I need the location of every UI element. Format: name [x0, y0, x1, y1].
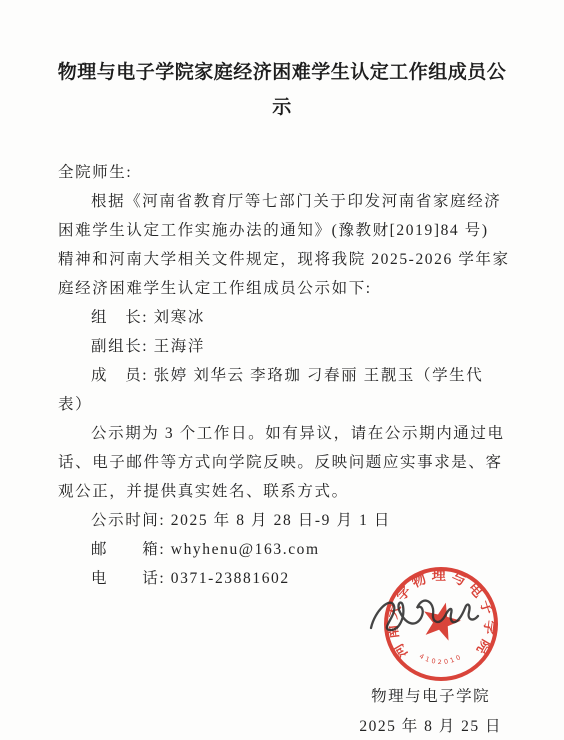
- body-text-line: 庭经济困难学生认定工作组成员公示如下:: [58, 274, 522, 303]
- seal-code-number: 4102010: [418, 652, 464, 666]
- title-line-1: 物理与电子学院家庭经济困难学生认定工作组成员公: [0, 55, 564, 90]
- signature-date: 2025 年 8 月 25 日: [359, 712, 502, 740]
- document-title: 物理与电子学院家庭经济困难学生认定工作组成员公 示: [0, 0, 564, 125]
- body-text-line: 组 长: 刘寒冰: [58, 303, 522, 332]
- body-text-line: 根据《河南省教育厅等七部门关于印发河南省家庭经济: [58, 187, 522, 216]
- body-text-line: 表）: [58, 390, 522, 419]
- body-text-line: 公示时间: 2025 年 8 月 28 日-9 月 1 日: [58, 506, 522, 535]
- document-body: 全院师生: 根据《河南省教育厅等七部门关于印发河南省家庭经济 困难学生认定工作实…: [58, 158, 522, 593]
- body-text-line: 全院师生:: [58, 158, 522, 187]
- title-line-2: 示: [0, 90, 564, 125]
- body-text-line: 公示期为 3 个工作日。如有异议，请在公示期内通过电: [58, 419, 522, 448]
- body-text-line: 精神和河南大学相关文件规定，现将我院 2025-2026 学年家: [58, 245, 522, 274]
- document-page: 物理与电子学院家庭经济困难学生认定工作组成员公 示 全院师生: 根据《河南省教育…: [0, 0, 564, 740]
- body-text-line: 成 员: 张婷 刘华云 李珞珈 刁春丽 王靓玉（学生代: [58, 361, 522, 390]
- official-seal: 河南大学物理与电子学院 4102010: [361, 546, 521, 706]
- body-text-line: 困难学生认定工作实施办法的通知》(豫教财[2019]84 号): [58, 216, 522, 245]
- body-text-line: 话、电子邮件等方式向学院反映。反映问题应实事求是、客: [58, 448, 522, 477]
- body-text-line: 观公正，并提供真实姓名、联系方式。: [58, 477, 522, 506]
- body-text-line: 副组长: 王海洋: [58, 332, 522, 361]
